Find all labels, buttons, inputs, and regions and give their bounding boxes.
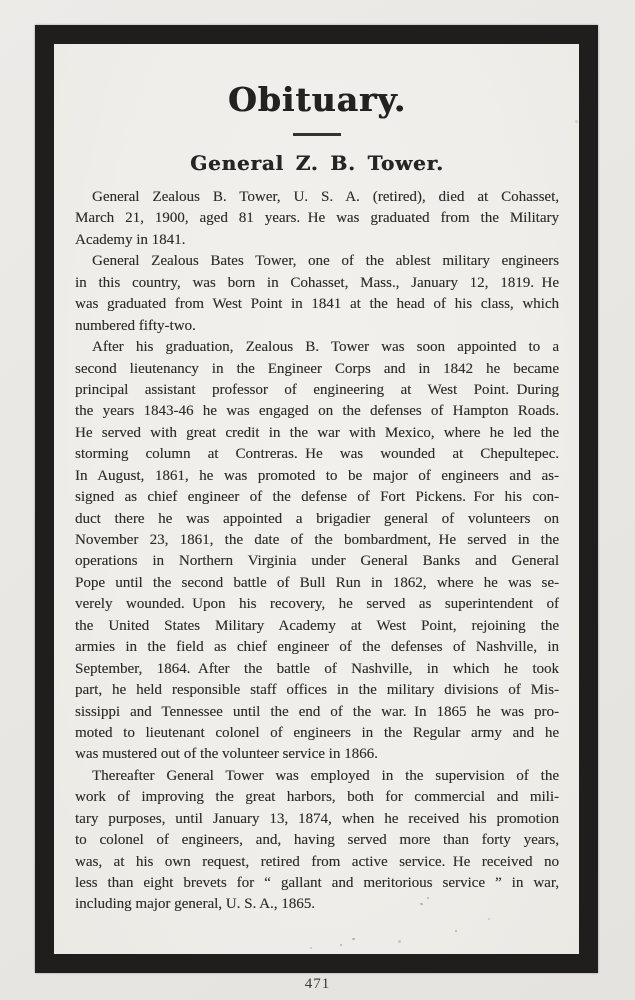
text-line: part, he held responsible staff offices … (75, 680, 559, 701)
text-line: tary purposes, until January 13, 1874, w… (75, 809, 559, 830)
article-heading: General Z. B. Tower. (75, 149, 559, 177)
scan-speckle (455, 930, 457, 932)
text-line: November 23, 1861, the date of the bomba… (75, 530, 559, 551)
text-line: storming column at Contreras. He was wou… (75, 444, 559, 465)
scan-speckle (575, 120, 578, 123)
scan-speckle (310, 947, 312, 949)
scan-speckle (427, 897, 429, 899)
text-line: sissippi and Tennessee until the end of … (75, 702, 559, 723)
paragraph: General Zealous B. Tower, U. S. A. (reti… (75, 187, 559, 251)
text-line: less than eight brevets for “ gallant an… (75, 873, 559, 894)
text-line: second lieutenancy in the Engineer Corps… (75, 359, 559, 380)
text-line: General Zealous Bates Tower, one of the … (75, 251, 559, 272)
text-line: signed as chief engineer of the defense … (75, 487, 559, 508)
text-line: work of improving the great harbors, bot… (75, 787, 559, 808)
paragraph: General Zealous Bates Tower, one of the … (75, 251, 559, 337)
text-line: General Zealous B. Tower, U. S. A. (reti… (75, 187, 559, 208)
text-line: principal assistant professor of enginee… (75, 380, 559, 401)
text-line: He served with great credit in the war w… (75, 423, 559, 444)
text-line: including major general, U. S. A., 1865. (75, 894, 559, 915)
scan-speckle (488, 918, 490, 920)
page-number: 471 (0, 976, 635, 993)
text-line: Academy in 1841. (75, 230, 559, 251)
scan-page: Obituary. General Z. B. Tower. General Z… (0, 0, 635, 1000)
text-line: operations in Northern Virginia under Ge… (75, 551, 559, 572)
text-line: Thereafter General Tower was employed in… (75, 766, 559, 787)
text-line: was, at his own request, retired from ac… (75, 852, 559, 873)
paragraph: After his graduation, Zealous B. Tower w… (75, 337, 559, 766)
scan-speckle (340, 944, 342, 946)
text-line: In August, 1861, he was promoted to be m… (75, 466, 559, 487)
text-line: in this country, was born in Cohasset, M… (75, 273, 559, 294)
text-line: to colonel of engineers, and, having ser… (75, 830, 559, 851)
title-divider-rule (293, 133, 341, 136)
text-line: September, 1864. After the battle of Nas… (75, 659, 559, 680)
paragraph: Thereafter General Tower was employed in… (75, 766, 559, 916)
text-line: After his graduation, Zealous B. Tower w… (75, 337, 559, 358)
text-line: verely wounded. Upon his recovery, he se… (75, 594, 559, 615)
text-line: moted to lieutenant colonel of engineers… (75, 723, 559, 744)
scan-speckle (398, 940, 401, 943)
page-frame-border: Obituary. General Z. B. Tower. General Z… (35, 25, 598, 973)
scan-speckle (352, 938, 355, 940)
text-line: numbered fifty-two. (75, 316, 559, 337)
text-line: was graduated from West Point in 1841 at… (75, 294, 559, 315)
page-content: Obituary. General Z. B. Tower. General Z… (54, 44, 579, 954)
text-line: Pope until the second battle of Bull Run… (75, 573, 559, 594)
text-line: the years 1843-46 he was engaged on the … (75, 401, 559, 422)
text-line: was mustered out of the volunteer servic… (75, 744, 559, 765)
text-line: armies in the field as chief engineer of… (75, 637, 559, 658)
text-line: duct there he was appointed a brigadier … (75, 509, 559, 530)
text-line: March 21, 1900, aged 81 years. He was gr… (75, 208, 559, 229)
article-title: Obituary. (75, 80, 559, 120)
article-body: General Zealous B. Tower, U. S. A. (reti… (75, 187, 559, 916)
text-line: the United States Military Academy at We… (75, 616, 559, 637)
